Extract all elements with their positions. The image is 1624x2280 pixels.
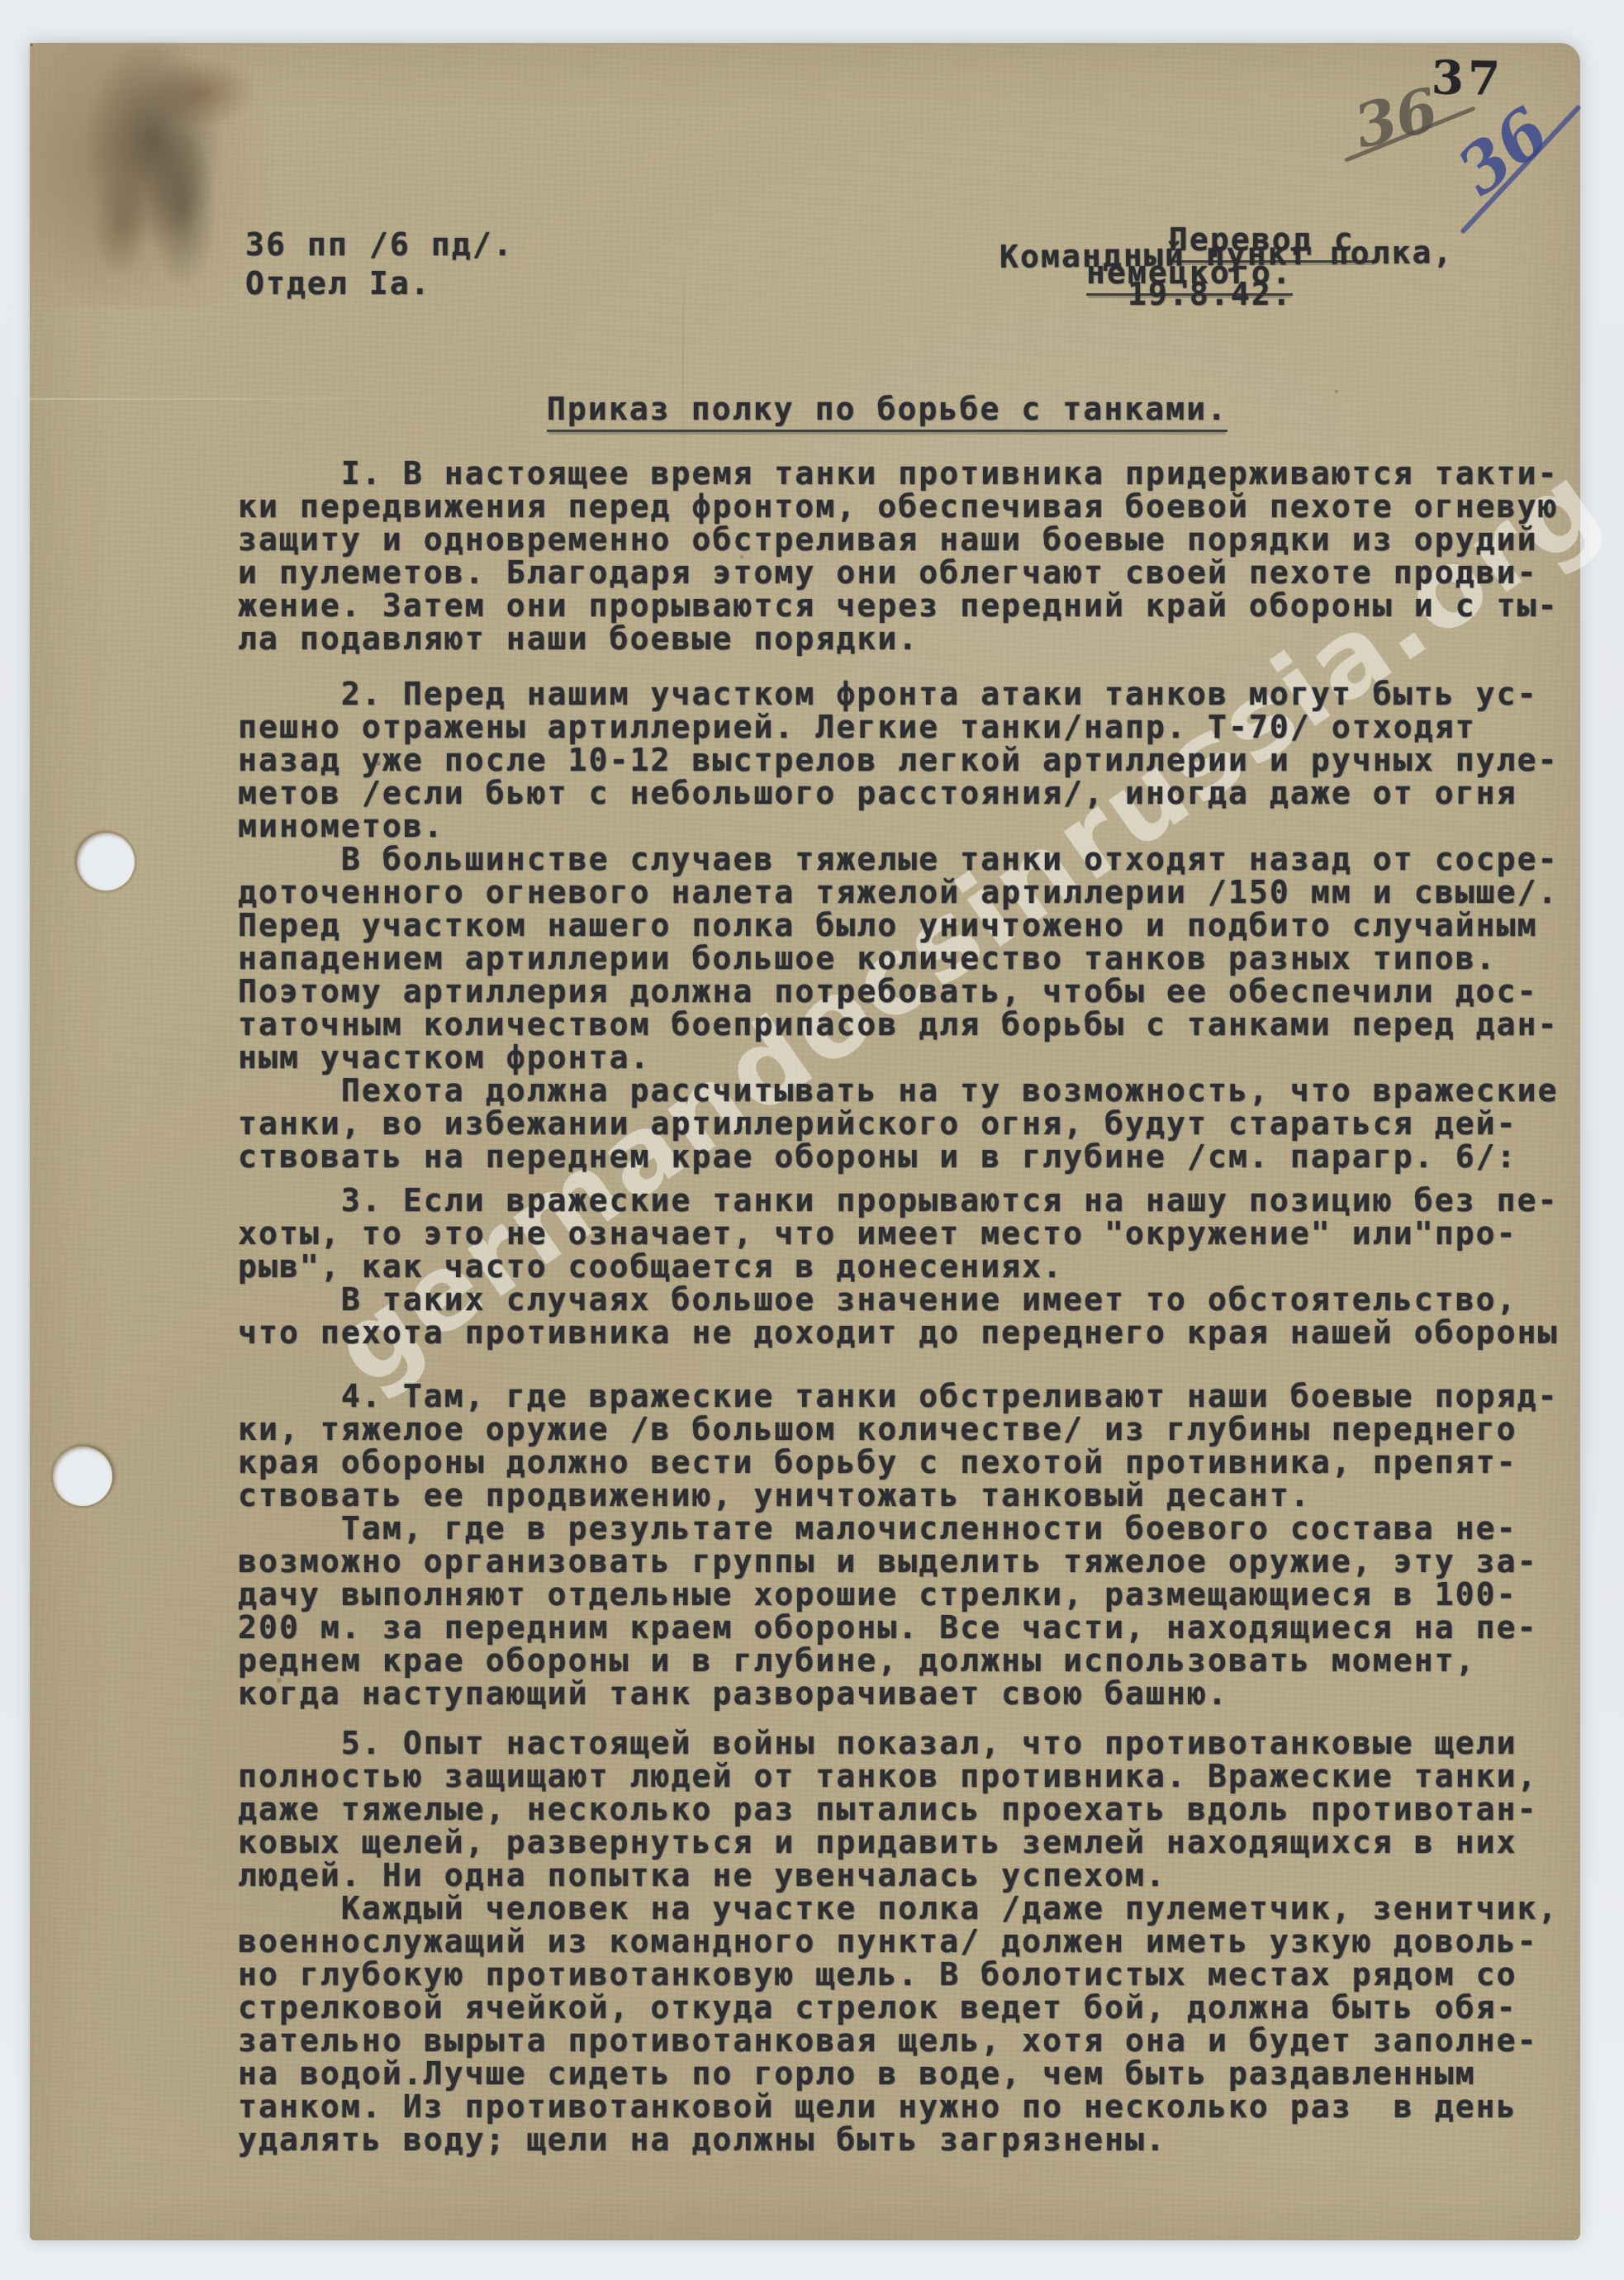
command-post-line: Командный пункт полка,	[1000, 235, 1454, 273]
unit-designation-line1: 36 пп /6 пд/.	[245, 228, 514, 261]
scanned-document-page: { "scan": { "page_number_stamp": "37", "…	[0, 0, 1624, 2280]
tape-stain	[30, 43, 278, 307]
paragraph-5: 5. Опыт настоящей войны показал, что про…	[238, 1727, 1624, 2156]
punch-hole-bottom	[49, 1442, 116, 1509]
paragraph-2: 2. Перед нашим участком фронта атаки тан…	[238, 677, 1624, 1173]
document-paper: germandocsinrussia.org 37 36 36 Перевод …	[30, 43, 1580, 2240]
punch-hole-top	[77, 833, 135, 891]
ink-specks	[30, 43, 33, 46]
paragraph-1: I. В настоящее время танки противника пр…	[238, 457, 1624, 655]
document-date: 19.8.42.	[1128, 278, 1293, 311]
paragraph-4: 4. Там, где вражеские танки обстреливают…	[238, 1380, 1624, 1710]
unit-designation-line2: Отдел Iа.	[245, 267, 431, 300]
horizontal-crease	[30, 398, 492, 400]
handwritten-number-pencil: 36	[1347, 74, 1445, 162]
document-title: Приказ полку по борьбе с танками.	[464, 359, 1227, 458]
paragraph-3: 3. Если вражеские танки прорываются на н…	[238, 1184, 1624, 1349]
page-number-stamp: 37	[1431, 50, 1504, 107]
document-title-text: Приказ полку по борьбе с танками.	[547, 391, 1227, 432]
